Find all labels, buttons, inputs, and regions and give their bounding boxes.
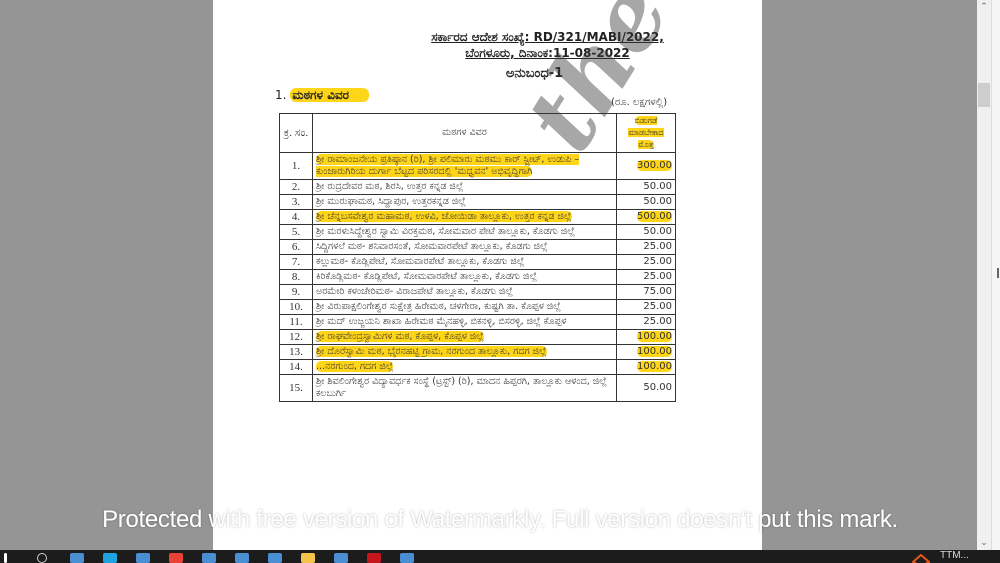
taskbar: TTM... (0, 550, 1000, 563)
table-row: 11.ಶ್ರೀ ಮದ್ ಉಜ್ಜಯನಿ ಶಾಖಾ ಹಿರೇಮಠ ಮೈನಹಳ್ಳಿ… (280, 315, 676, 330)
taskbar-app-icon[interactable] (400, 553, 414, 563)
taskbar-app-icon[interactable] (136, 553, 150, 563)
row-serial: 8. (280, 270, 313, 285)
row-serial: 2. (280, 180, 313, 195)
taskbar-app-icon[interactable] (268, 553, 282, 563)
table-row: 9.ಅರಮೇರಿ ಕಳಂಚೇರಿಮಠ- ವಿರಾಜಪೇಟೆ ತಾಲ್ಲೂಕು, … (280, 285, 676, 300)
row-details: ಶ್ರೀ ಮುರುಘಾಮಠ, ಸಿದ್ದಾಪುರ, ಉತ್ತರಕನ್ನಡ ಜಿಲ… (313, 195, 617, 210)
taskbar-search-icon[interactable] (37, 553, 47, 563)
table-row: 6.ಸಿದ್ದಿಗಳಲೆ ಮಠ- ಶನಿವಾರಸಂತೆ, ಸೋಮವಾರಪೇಟೆ … (280, 240, 676, 255)
row-details: ಶ್ರೀ ರಾಘವೇಂದ್ರಸ್ವಾಮಿಗಳ ಮಠ, ಕೊಪ್ಪಳ, ಕೊಪ್ಪ… (313, 330, 617, 345)
taskbar-chrome-icon[interactable] (169, 553, 183, 563)
row-serial: 5. (280, 225, 313, 240)
row-serial: 15. (280, 375, 313, 402)
row-serial: 14. (280, 360, 313, 375)
row-details: ಸಿದ್ದಿಗಳಲೆ ಮಠ- ಶನಿವಾರಸಂತೆ, ಸೋಮವಾರಪೇಟೆ ತಾ… (313, 240, 617, 255)
row-details: ಶ್ರೀ ವಿರುಪಾಕ್ಷಲಿಂಗೇಶ್ವರ ಸುಕ್ಷೇತ್ರ ಹಿರೇಮಠ… (313, 300, 617, 315)
header-serial: ಕ್ರ. ಸಂ. (280, 114, 313, 153)
row-serial: 6. (280, 240, 313, 255)
taskbar-start-icon[interactable] (4, 553, 7, 563)
table-row: 13.ಶ್ರೀ ದೊರೆಸ್ವಾಮಿ ಮಠ, ಭೈರನಹಟ್ಟಿ ಗ್ರಾಮ, … (280, 345, 676, 360)
row-amount: 75.00 (617, 285, 676, 300)
row-serial: 10. (280, 300, 313, 315)
header-amount: ಬಿಡುಗಡೆ ಮಾಡಬೇಕಾದ ಮೊತ್ತ (617, 114, 676, 153)
row-amount: 100.00 (617, 330, 676, 345)
table-row: 8.ಕಿರಿಕೊಡ್ಲಿಮಠ- ಕೊಡ್ಲಿಪೇಟೆ, ಸೋಮವಾರಪೇಟೆ ತ… (280, 270, 676, 285)
table-row: 12.ಶ್ರೀ ರಾಘವೇಂದ್ರಸ್ವಾಮಿಗಳ ಮಠ, ಕೊಪ್ಪಳ, ಕೊ… (280, 330, 676, 345)
row-amount: 100.00 (617, 360, 676, 375)
watermark-banner: Protected with free version of Watermark… (0, 506, 1000, 534)
row-serial: 13. (280, 345, 313, 360)
row-serial: 7. (280, 255, 313, 270)
row-amount: 50.00 (617, 375, 676, 402)
pdf-viewer: ಸರ್ಕಾರದ ಆದೇಶ ಸಂಖ್ಯೆ: RD/321/MABI/2022, ಬ… (0, 0, 977, 550)
row-amount: 25.00 (617, 255, 676, 270)
annexure-title: ಅನುಬಂಧ-1 (260, 66, 762, 81)
taskbar-app-icon[interactable] (202, 553, 216, 563)
taskbar-edge-icon[interactable] (103, 553, 117, 563)
row-amount: 50.00 (617, 225, 676, 240)
row-serial: 1. (280, 153, 313, 180)
row-details: ಶ್ರೀ ಶಿವಲಿಂಗೇಶ್ವರ ವಿದ್ಯಾವರ್ಧಕ ಸಂಸ್ಥೆ (ಟ್… (313, 375, 617, 402)
row-amount: 25.00 (617, 300, 676, 315)
taskbar-pdf-icon[interactable] (367, 553, 381, 563)
row-amount: 25.00 (617, 240, 676, 255)
row-serial: 12. (280, 330, 313, 345)
table-row: 4.ಶ್ರೀ ಚೆನ್ನಬಸವೇಶ್ವರ ಮಹಾಮಠ, ಉಳವಿ, ಜೋಯಿಡಾ… (280, 210, 676, 225)
scroll-down-icon[interactable]: ⌄ (977, 536, 991, 550)
row-amount: 25.00 (617, 270, 676, 285)
table-row: 15.ಶ್ರೀ ಶಿವಲಿಂಗೇಶ್ವರ ವಿದ್ಯಾವರ್ಧಕ ಸಂಸ್ಥೆ … (280, 375, 676, 402)
row-details: ಶ್ರೀ ಮರಳುಸಿದ್ದೇಶ್ವರ ಸ್ವಾಮಿ ವಿರಕ್ತಮಠ, ಸೋಮ… (313, 225, 617, 240)
taskbar-folder-icon[interactable] (301, 553, 315, 563)
document-page: ಸರ್ಕಾರದ ಆದೇಶ ಸಂಖ್ಯೆ: RD/321/MABI/2022, ಬ… (213, 0, 762, 550)
row-serial: 4. (280, 210, 313, 225)
scroll-up-icon[interactable]: ⌃ (977, 0, 991, 14)
row-details: ಶ್ರೀ ರುದ್ರದೇವರ ಮಠ, ಶಿರಸಿ, ಉತ್ತರ ಕನ್ನಡ ಜಿ… (313, 180, 617, 195)
order-number: ಸರ್ಕಾರದ ಆದೇಶ ಸಂಖ್ಯೆ: RD/321/MABI/2022, (273, 30, 762, 45)
tray-text: TTM... (940, 550, 969, 561)
row-details: ಶ್ರೀ ದೊರೆಸ್ವಾಮಿ ಮಠ, ಭೈರನಹಟ್ಟಿ ಗ್ರಾಮ, ನರಗ… (313, 345, 617, 360)
row-details: ಶ್ರೀ ಚೆನ್ನಬಸವೇಶ್ವರ ಮಹಾಮಠ, ಉಳವಿ, ಜೋಯಿಡಾ ತ… (313, 210, 617, 225)
table-row: 10.ಶ್ರೀ ವಿರುಪಾಕ್ಷಲಿಂಗೇಶ್ವರ ಸುಕ್ಷೇತ್ರ ಹಿರ… (280, 300, 676, 315)
scroll-thumb[interactable] (978, 83, 990, 107)
taskbar-app-icon[interactable] (70, 553, 84, 563)
table-body: 1.ಶ್ರೀ ರಾಮಾಂಜನೇಯ ಪ್ರತಿಷ್ಠಾನ (ರಿ), ಶ್ರೀ ಪ… (280, 153, 676, 402)
section-number: 1. (275, 88, 286, 102)
resize-handle[interactable] (997, 268, 999, 278)
row-details: ಕಲ್ಲುಮಠ- ಕೊಡ್ಲಿಪೇಟೆ, ಸೋಮವಾರಪೇಟೆ ತಾಲ್ಲೂಕು… (313, 255, 617, 270)
row-details: ಅರಮೇರಿ ಕಳಂಚೇರಿಮಠ- ವಿರಾಜಪೇಟೆ ತಾಲ್ಲೂಕು, ಕೊ… (313, 285, 617, 300)
table-row: 5.ಶ್ರೀ ಮರಳುಸಿದ್ದೇಶ್ವರ ಸ್ವಾಮಿ ವಿರಕ್ತಮಠ, ಸ… (280, 225, 676, 240)
row-serial: 9. (280, 285, 313, 300)
section-heading: 1. ಮಠಗಳ ವಿವರ (275, 88, 369, 103)
row-amount: 50.00 (617, 180, 676, 195)
row-details: ಶ್ರೀ ರಾಮಾಂಜನೇಯ ಪ್ರತಿಷ್ಠಾನ (ರಿ), ಶ್ರೀ ಪಲಿ… (313, 153, 617, 180)
taskbar-app-icon[interactable] (334, 553, 348, 563)
header-details: ಮಠಗಳ ವಿವರ (313, 114, 617, 153)
row-amount: 50.00 (617, 195, 676, 210)
row-amount: 500.00 (617, 210, 676, 225)
table-row: 7.ಕಲ್ಲುಮಠ- ಕೊಡ್ಲಿಪೇಟೆ, ಸೋಮವಾರಪೇಟೆ ತಾಲ್ಲೂ… (280, 255, 676, 270)
place-date: ಬೆಂಗಳೂರು, ದಿನಾಂಕ:11-08-2022 (273, 46, 762, 61)
vertical-scrollbar[interactable]: ⌃ ⌄ (977, 0, 991, 550)
table-row: 1.ಶ್ರೀ ರಾಮಾಂಜನೇಯ ಪ್ರತಿಷ್ಠಾನ (ರಿ), ಶ್ರೀ ಪ… (280, 153, 676, 180)
tray-app-icon[interactable] (912, 551, 930, 563)
unit-note: (ರೂ. ಲಕ್ಷಗಳಲ್ಲಿ) (611, 97, 667, 108)
row-amount: 100.00 (617, 345, 676, 360)
taskbar-app-icon[interactable] (235, 553, 249, 563)
row-details: ಕಿರಿಕೊಡ್ಲಿಮಠ- ಕೊಡ್ಲಿಪೇಟೆ, ಸೋಮವಾರಪೇಟೆ ತಾಲ… (313, 270, 617, 285)
grants-table: ಕ್ರ. ಸಂ. ಮಠಗಳ ವಿವರ ಬಿಡುಗಡೆ ಮಾಡಬೇಕಾದ ಮೊತ್… (279, 113, 676, 402)
table-row: 14....ನರಗುಂದ, ಗದಗ ಜಿಲ್ಲೆ100.00 (280, 360, 676, 375)
row-serial: 11. (280, 315, 313, 330)
row-amount: 300.00 (617, 153, 676, 180)
table-row: 2.ಶ್ರೀ ರುದ್ರದೇವರ ಮಠ, ಶಿರಸಿ, ಉತ್ತರ ಕನ್ನಡ … (280, 180, 676, 195)
row-serial: 3. (280, 195, 313, 210)
row-details: ಶ್ರೀ ಮದ್ ಉಜ್ಜಯನಿ ಶಾಖಾ ಹಿರೇಮಠ ಮೈನಹಳ್ಳಿ, ಬ… (313, 315, 617, 330)
row-details: ...ನರಗುಂದ, ಗದಗ ಜಿಲ್ಲೆ (313, 360, 617, 375)
row-amount: 25.00 (617, 315, 676, 330)
table-row: 3.ಶ್ರೀ ಮುರುಘಾಮಠ, ಸಿದ್ದಾಪುರ, ಉತ್ತರಕನ್ನಡ ಜ… (280, 195, 676, 210)
section-title: ಮಠಗಳ ವಿವರ (290, 88, 369, 102)
